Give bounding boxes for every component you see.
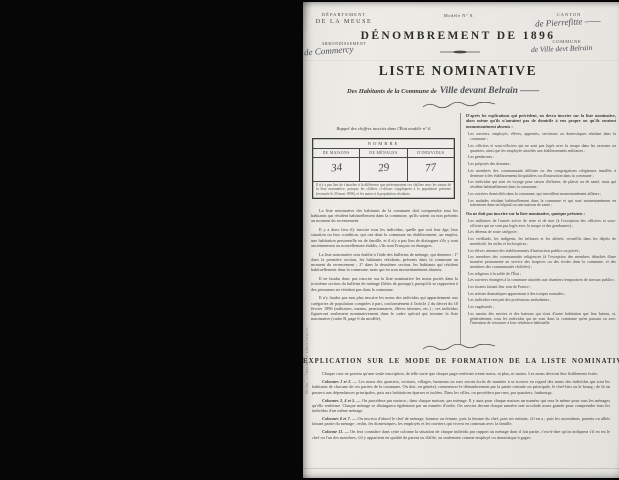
exclude-item: Les vieillards, les indigents, les infir… <box>466 237 616 247</box>
left-instructions-column: La liste nominative des habitants de la … <box>311 208 458 325</box>
table-header-row: DE MAISONS DE MÉNAGES D'INDIVIDUS <box>313 149 454 158</box>
recap-caption: Rappel des chiffres inscrits dans l'État… <box>323 126 445 131</box>
exclude-item: Les détenus de toute catégorie ; <box>466 230 616 235</box>
exclude-item: Les élèves internes des établissements d… <box>466 249 616 254</box>
page-title: DÉNOMBREMENT DE 1896 <box>343 30 573 42</box>
col-header-maisons: DE MAISONS <box>313 149 360 157</box>
value-maisons: 34 <box>313 158 360 181</box>
exclude-item: Les marins des navires et des bateaux qu… <box>466 312 616 327</box>
table-values-row: 34 29 77 <box>313 158 454 182</box>
department-label: DÉPARTEMENT <box>317 12 371 17</box>
paper-crease <box>303 468 619 469</box>
value-individus: 77 <box>408 158 454 181</box>
explication-paragraph: Colonnes 6 et 7. — On inscrira d'abord l… <box>312 416 610 427</box>
exclude-item: Les vagabonds ; <box>466 305 616 310</box>
col-header-menages: DE MÉNAGES <box>360 149 407 157</box>
explication-paragraphs: Chaque case ne portera qu'une seule insc… <box>312 371 610 443</box>
explication-paragraph: Colonnes 3, 4 et 5. — On procédera par m… <box>312 398 610 414</box>
habitants-line: Des Habitants de la Commune deVille deva… <box>347 86 539 96</box>
exclude-item: Les individus exerçant des professions a… <box>466 298 616 303</box>
include-item: Les gendarmes ; <box>466 155 616 160</box>
exclude-header: On ne doit pas inscrire sur la liste nom… <box>466 211 616 216</box>
value-menages: 29 <box>360 158 407 181</box>
flourish-divider-bottom <box>419 344 499 352</box>
habitants-commune-handwritten: Ville devant Belrain —— <box>440 86 540 96</box>
explication-paragraph: Colonnes 1 et 2. — Les noms des quartier… <box>312 379 610 395</box>
left-paragraph: Il y a donc lieu d'y inscrire tous les i… <box>311 227 458 248</box>
include-item: Les malades résidant habituellement dans… <box>466 199 616 209</box>
title-swelled-rule <box>438 49 482 55</box>
habitants-prefix: Des Habitants de la Commune de <box>347 88 437 95</box>
explication-paragraph: Colonne 11. — On fera connaître dans cet… <box>312 429 610 440</box>
exclude-item: Les militaires de l'armée active de terr… <box>466 219 616 229</box>
exclude-item: Les ouvriers étrangers à la commune atta… <box>466 278 616 283</box>
arrondissement-handwritten-value: de Commercy <box>304 43 375 58</box>
department-name: DE LA MEUSE <box>313 19 375 25</box>
explication-heading: EXPLICATION SUR LE MODE DE FORMATION DE … <box>303 358 619 365</box>
form-model-number: Modèle N° 8. <box>431 13 487 18</box>
exclude-item: Les artistes dramatiques appartenant à d… <box>466 292 616 297</box>
exclude-item: Les membres des communautés religieuses … <box>466 255 616 270</box>
column-divider-rule <box>460 113 461 344</box>
col-header-individus: D'INDIVIDUS <box>408 149 454 157</box>
right-instructions-column: D'après les explications qui précèdent, … <box>466 113 616 328</box>
document-subtitle: LISTE NOMINATIVE <box>358 63 558 79</box>
scanned-census-page: Melun. — Imprimerie administrative. DÉPA… <box>0 0 619 480</box>
flourish-divider-top <box>419 102 499 110</box>
include-item: Les ouvriers, employés, élèves, apprenti… <box>466 132 616 142</box>
include-item: Les préposés des douanes ; <box>466 162 616 167</box>
commune-handwritten-value: de Ville devt Belrain <box>531 43 593 54</box>
exclude-item: Les forains faisant leur tour de France … <box>466 285 616 290</box>
document-sheet: Melun. — Imprimerie administrative. DÉPA… <box>303 2 619 478</box>
include-item: Les ouvriers domiciliés dans la commune,… <box>466 192 616 197</box>
canton-handwritten-value: de Pierrefitte —— <box>535 15 601 28</box>
left-paragraph: Il ne faudra donc pas inscrire sur la li… <box>311 276 458 292</box>
include-item: Les membres des communautés définies ou … <box>466 169 616 179</box>
include-intro: D'après les explications qui précèdent, … <box>466 113 616 129</box>
paper-crease <box>303 60 619 61</box>
table-footnote: Il n'y a pas lieu de s'attacher à la dif… <box>313 182 454 199</box>
include-item: Les officiers et sous-officiers qui ne s… <box>466 144 616 154</box>
summary-table: NOMBRE DE MAISONS DE MÉNAGES D'INDIVIDUS… <box>312 138 455 199</box>
explication-paragraph: Chaque case ne portera qu'une seule insc… <box>312 371 610 376</box>
table-title: NOMBRE <box>313 139 454 149</box>
left-paragraph: La liste nominative sera établie à l'aid… <box>311 252 458 273</box>
left-paragraph: La liste nominative des habitants de la … <box>311 208 458 224</box>
left-paragraph: Il n'y faudra pas non plus inscrire les … <box>311 295 458 321</box>
include-item: Les individus qui sont en voyage pour ra… <box>466 180 616 190</box>
exclude-item: Les religieux à la solde de l'État ; <box>466 272 616 277</box>
